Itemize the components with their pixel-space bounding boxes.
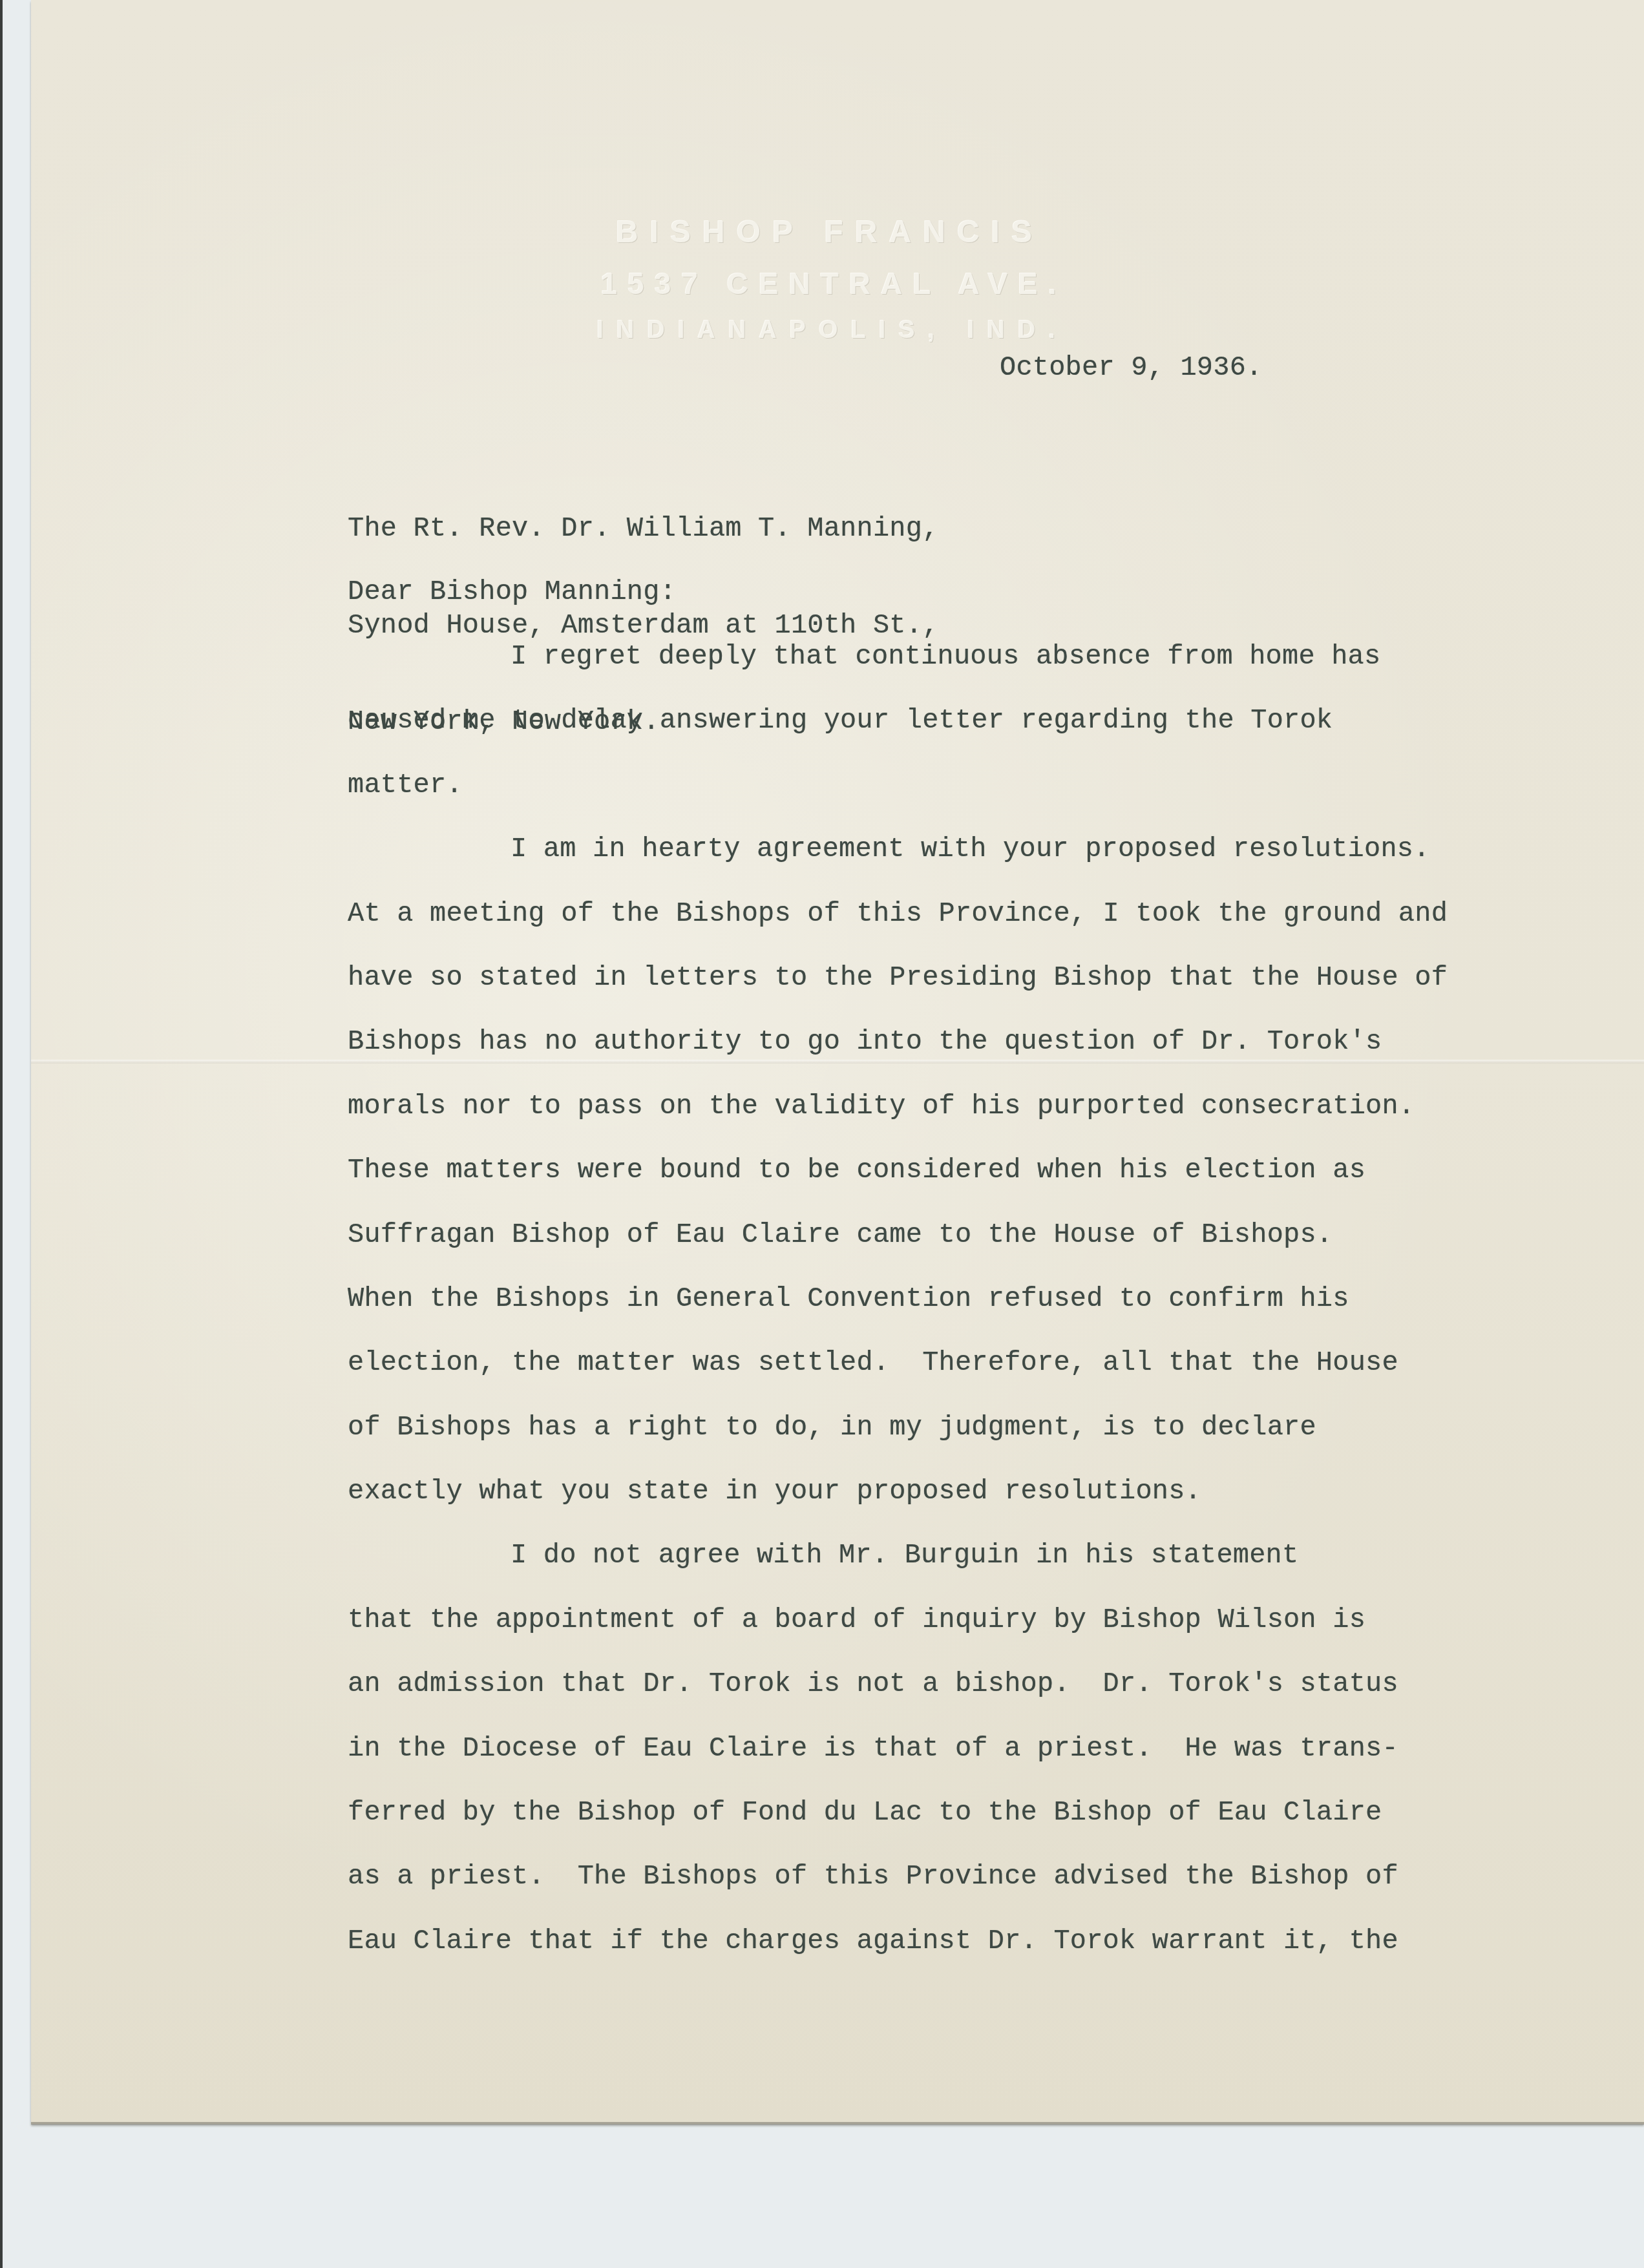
scanner-edge: [0, 0, 3, 2268]
recipient-line: The Rt. Rev. Dr. William T. Manning,: [348, 512, 939, 545]
body-line: in the Diocese of Eau Claire is that of …: [348, 1732, 1448, 1796]
body-line: caused me to delay answering your letter…: [348, 704, 1448, 768]
salutation: Dear Bishop Manning:: [348, 576, 676, 608]
body-line: as a priest. The Bishops of this Provinc…: [348, 1860, 1448, 1924]
body-line: Bishops has no authority to go into the …: [348, 1025, 1448, 1089]
letter-body: I regret deeply that continuous absence …: [348, 640, 1448, 1989]
body-line: These matters were bound to be considere…: [348, 1154, 1448, 1218]
body-line: election, the matter was settled. Theref…: [348, 1347, 1448, 1411]
body-line: that the appointment of a board of inqui…: [348, 1604, 1448, 1668]
letterhead-city: INDIANAPOLIS, IND.: [10, 317, 1644, 344]
body-line: have so stated in letters to the Presidi…: [348, 961, 1448, 1025]
body-line: exactly what you state in your proposed …: [348, 1475, 1448, 1539]
body-line: morals nor to pass on the validity of hi…: [348, 1090, 1448, 1154]
body-line: At a meeting of the Bishops of this Prov…: [348, 898, 1448, 961]
body-line: When the Bishops in General Convention r…: [348, 1283, 1448, 1347]
body-line: an admission that Dr. Torok is not a bis…: [348, 1668, 1448, 1732]
letterhead-name: BISHOP FRANCIS: [8, 215, 1644, 250]
recipient-line: Synod House, Amsterdam at 110th St.,: [348, 609, 939, 642]
letterhead-street: 1537 CENTRAL AVE.: [12, 266, 1644, 301]
body-line: matter.: [348, 769, 1448, 833]
body-line: I am in hearty agreement with your propo…: [348, 833, 1448, 897]
body-line: of Bishops has a right to do, in my judg…: [348, 1411, 1448, 1475]
body-line: Suffragan Bishop of Eau Claire came to t…: [348, 1219, 1448, 1283]
body-line: Eau Claire that if the charges against D…: [348, 1925, 1448, 1989]
letter-date: October 9, 1936.: [1000, 352, 1262, 384]
body-line: I do not agree with Mr. Burguin in his s…: [348, 1539, 1448, 1603]
paper-bottom-edge: [31, 2122, 1644, 2125]
body-line: ferred by the Bishop of Fond du Lac to t…: [348, 1796, 1448, 1860]
body-line: I regret deeply that continuous absence …: [348, 640, 1448, 704]
